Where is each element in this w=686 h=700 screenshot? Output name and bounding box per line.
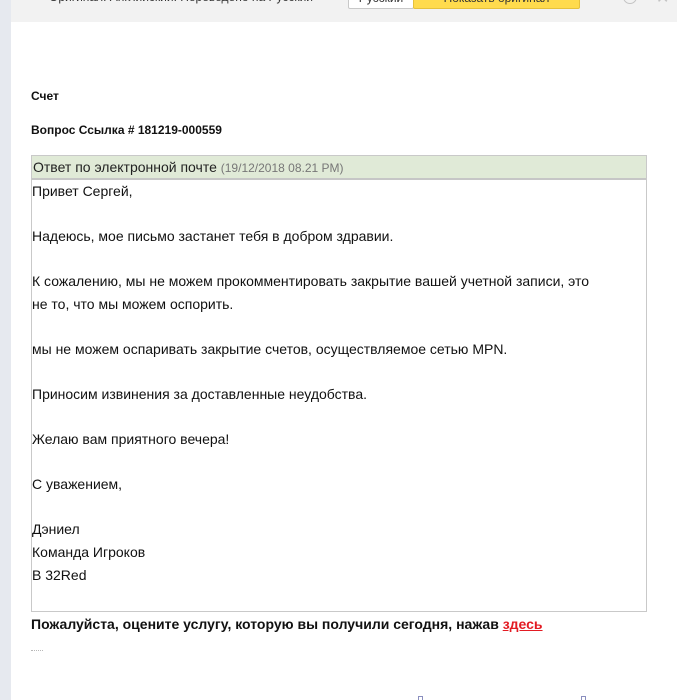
- rating-prompt: Пожалуйста, оцените услугу, которую вы п…: [31, 616, 543, 632]
- reply-header-label: Ответ по электронной почте: [33, 159, 217, 175]
- translation-bar: Оригинал: Английский. Переведено на Русс…: [11, 0, 677, 22]
- reply-line: В 32Red: [32, 564, 646, 587]
- rating-text: Пожалуйста, оцените услугу, которую вы п…: [31, 616, 503, 632]
- settings-icon[interactable]: [623, 0, 637, 4]
- left-panel-strip: [0, 0, 11, 700]
- reply-line: Приносим извинения за доставленные неудо…: [32, 383, 646, 406]
- paragraph-gap: [32, 361, 646, 383]
- separator-mark: [31, 650, 43, 652]
- reply-date: (19/12/2018 08.21 PM): [221, 161, 344, 175]
- paragraph-gap: [32, 406, 646, 428]
- bottom-icon-left: [418, 696, 423, 700]
- rating-link[interactable]: здесь: [503, 616, 543, 632]
- bottom-icon-right: [581, 696, 586, 700]
- email-reply-box: Ответ по электронной почте (19/12/2018 0…: [31, 155, 647, 612]
- reply-line: Команда Игроков: [32, 541, 646, 564]
- reply-line: мы не можем оспаривать закрытие счетов, …: [32, 338, 646, 361]
- email-heading: Счет: [31, 89, 59, 103]
- translation-info-text: Оригинал: Английский. Переведено на Русс…: [49, 0, 313, 4]
- paragraph-gap: [32, 203, 646, 225]
- reply-line: Надеюсь, мое письмо застанет тебя в добр…: [32, 225, 646, 248]
- language-select[interactable]: Русский: [348, 0, 414, 9]
- reply-line: Привет Сергей,: [32, 180, 646, 203]
- paragraph-gap: [32, 248, 646, 270]
- reply-line: С уважением,: [32, 473, 646, 496]
- paragraph-gap: [32, 316, 646, 338]
- question-reference: Вопрос Ссылка # 181219-000559: [31, 123, 222, 137]
- close-icon[interactable]: ✕: [656, 0, 669, 7]
- paragraph-gap: [32, 451, 646, 473]
- paragraph-gap: [32, 496, 646, 518]
- reply-line: К сожалению, мы не можем прокомментирова…: [32, 270, 646, 293]
- show-original-button[interactable]: Показать оригинал: [413, 0, 580, 9]
- reply-body: Привет Сергей,Надеюсь, мое письмо застан…: [32, 180, 646, 587]
- reply-line: не то, что мы можем оспорить.: [32, 293, 646, 316]
- reply-header: Ответ по электронной почте (19/12/2018 0…: [32, 156, 646, 180]
- reply-line: Дэниел: [32, 518, 646, 541]
- reply-line: Желаю вам приятного вечера!: [32, 428, 646, 451]
